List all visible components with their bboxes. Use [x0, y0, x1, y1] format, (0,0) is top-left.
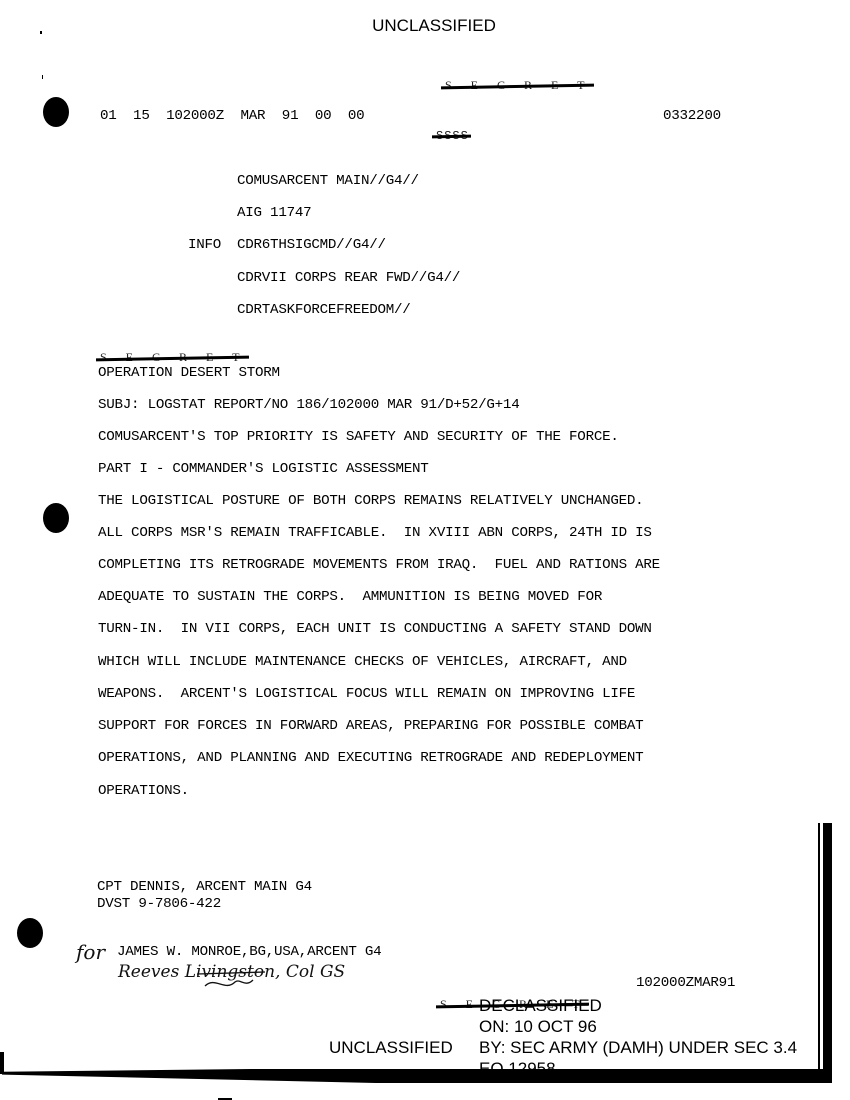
paragraph-line: OPERATIONS.	[98, 783, 189, 799]
part-heading: PART I - COMMANDER'S LOGISTIC ASSESSMENT	[98, 461, 429, 477]
message-number: 0332200	[663, 108, 721, 124]
addressee-info-1: CDR6THSIGCMD//G4//	[237, 237, 386, 253]
addressee-info-2: CDRVII CORPS REAR FWD//G4//	[237, 270, 460, 286]
paragraph-line: SUPPORT FOR FORCES IN FORWARD AREAS, PRE…	[98, 718, 643, 734]
priority-line: COMUSARCENT'S TOP PRIORITY IS SAFETY AND…	[98, 429, 619, 445]
contact-line-1: CPT DENNIS, ARCENT MAIN G4	[97, 879, 312, 895]
declassified-authority: BY: SEC ARMY (DAMH) UNDER SEC 3.4	[479, 1037, 797, 1058]
struck-secret-text: S E C R E T	[100, 350, 247, 365]
info-label: INFO	[188, 237, 221, 253]
header-struck-code: SSSS	[428, 108, 469, 144]
scan-border-left	[0, 1052, 4, 1074]
punch-hole-icon	[43, 97, 69, 127]
signature-flourish-icon	[195, 966, 315, 994]
contact-line-2: DVST 9-7806-422	[97, 896, 221, 912]
paragraph-line: OPERATIONS, AND PLANNING AND EXECUTING R…	[98, 750, 643, 766]
addressee-to-2: AIG 11747	[237, 205, 311, 221]
scan-border-right	[823, 823, 832, 1078]
paragraph-line: COMPLETING ITS RETROGRADE MOVEMENTS FROM…	[98, 557, 660, 573]
scan-speck	[42, 75, 43, 79]
declassified-eo: EO 12958	[479, 1058, 556, 1070]
declassified-label: DECLASSIFIED	[479, 995, 602, 1016]
header-dtg-line: 01 15 102000Z MAR 91 00 00	[100, 108, 364, 124]
struck-code-text: SSSS	[436, 129, 469, 143]
paragraph-line: THE LOGISTICAL POSTURE OF BOTH CORPS REM…	[98, 493, 643, 509]
classification-top: UNCLASSIFIED	[0, 16, 850, 36]
classification-bottom: UNCLASSIFIED	[329, 1037, 453, 1058]
struck-secret-text: S E C R E T	[445, 78, 592, 93]
paragraph-line: WHICH WILL INCLUDE MAINTENANCE CHECKS OF…	[98, 654, 627, 670]
punch-hole-icon	[17, 918, 43, 948]
paragraph-line: ALL CORPS MSR'S REMAIN TRAFFICABLE. IN X…	[98, 525, 652, 541]
subject-line: SUBJ: LOGSTAT REPORT/NO 186/102000 MAR 9…	[98, 397, 519, 413]
handwritten-for: for	[76, 940, 105, 964]
footer-dtg: 102000ZMAR91	[636, 975, 735, 991]
paragraph-line: WEAPONS. ARCENT'S LOGISTICAL FOCUS WILL …	[98, 686, 635, 702]
scan-border-right-edge	[818, 823, 820, 1073]
addressee-info-3: CDRTASKFORCEFREEDOM//	[237, 302, 411, 318]
scan-speck	[40, 31, 42, 34]
scan-border-bottom	[2, 1069, 832, 1083]
header-secret-mark: S E C R E T	[437, 58, 592, 94]
operation-name: OPERATION DESERT STORM	[98, 365, 280, 381]
addressee-to-1: COMUSARCENT MAIN//G4//	[237, 173, 419, 189]
punch-hole-icon	[43, 503, 69, 533]
body-secret-mark: S E C R E T	[92, 330, 247, 366]
declassified-date: ON: 10 OCT 96	[479, 1016, 597, 1037]
paragraph-line: TURN-IN. IN VII CORPS, EACH UNIT IS COND…	[98, 621, 652, 637]
signer-block: JAMES W. MONROE,BG,USA,ARCENT G4	[117, 944, 381, 960]
paragraph-line: ADEQUATE TO SUSTAIN THE CORPS. AMMUNITIO…	[98, 589, 602, 605]
